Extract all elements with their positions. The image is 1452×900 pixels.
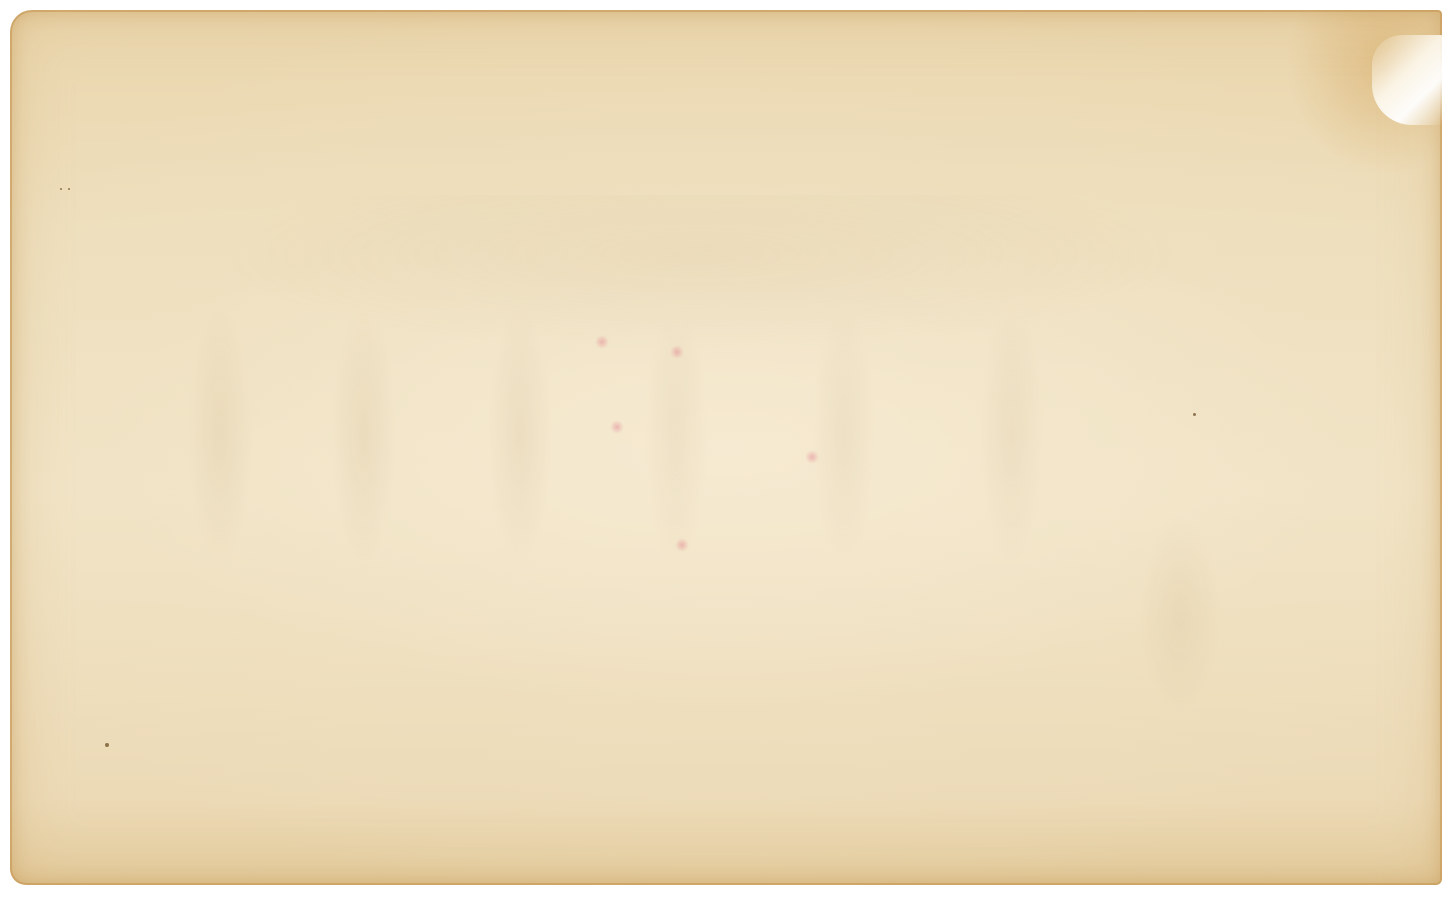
- corner-crease: [1372, 35, 1442, 125]
- dust-spot: [1193, 413, 1196, 416]
- dust-spot: [105, 743, 109, 747]
- pink-ink-speck: [675, 538, 689, 552]
- pink-ink-speck: [610, 420, 624, 434]
- aged-paper-sheet: [10, 10, 1442, 885]
- pink-ink-speck: [805, 450, 819, 464]
- dust-spot: [68, 188, 70, 190]
- bleed-through-print: [100, 195, 1300, 795]
- dust-spot: [60, 188, 62, 190]
- pink-ink-speck: [670, 345, 684, 359]
- pink-ink-speck: [595, 335, 609, 349]
- scene: [0, 0, 1452, 900]
